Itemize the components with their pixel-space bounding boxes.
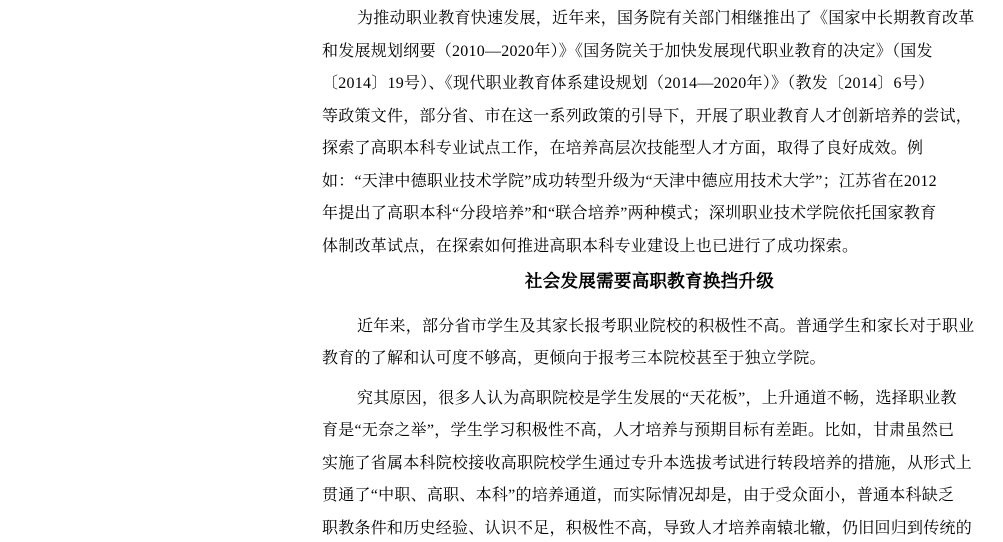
text-line: 教育的了解和认可度不够高，更倾向于报考三本院校甚至于独立学院。 [322,343,977,376]
text-line: 年提出了高职本科“分段培养”和“联合培养”两种模式；深圳职业技术学院依托国家教育 [322,198,977,231]
paragraph: 为推动职业教育快速发展，近年来，国务院有关部门相继推出了《国家中长期教育改革和发… [322,3,977,263]
paragraph: 究其原因，很多人认为高职院校是学生发展的“天花板”，上升通道不畅，选择职业教育是… [322,383,977,542]
document-body: 为推动职业教育快速发展，近年来，国务院有关部门相继推出了《国家中长期教育改革和发… [322,3,977,542]
section-heading: 社会发展需要高职教育换挡升级 [322,265,977,298]
text-line: 育是“无奈之举”，学生学习积极性不高，人才培养与预期目标有差距。比如，甘肃虽然已 [322,415,977,448]
text-line: 究其原因，很多人认为高职院校是学生发展的“天花板”，上升通道不畅，选择职业教 [322,383,977,416]
text-line: 贯通了“中职、高职、本科”的培养通道，而实际情况却是，由于受众面小，普通本科缺乏 [322,480,977,513]
document-page: 为推动职业教育快速发展，近年来，国务院有关部门相继推出了《国家中长期教育改革和发… [0,0,1003,542]
text-line: 体制改革试点，在探索如何推进高职本科专业建设上也已进行了成功探索。 [322,231,977,264]
text-line: 职教条件和历史经验、认识不足，积极性不高，导致人才培养南辕北辙，仍旧回归到传统的 [322,513,977,542]
text-line: 如：“天津中德职业技术学院”成功转型升级为“天津中德应用技术大学”；江苏省在20… [322,166,977,199]
text-line: 实施了省属本科院校接收高职院校学生通过专升本选拔考试进行转段培养的措施，从形式上 [322,448,977,481]
text-line: 为推动职业教育快速发展，近年来，国务院有关部门相继推出了《国家中长期教育改革 [322,3,977,36]
text-line: 近年来，部分省市学生及其家长报考职业院校的积极性不高。普通学生和家长对于职业 [322,311,977,344]
text-line: 探索了高职本科专业试点工作，在培养高层次技能型人才方面，取得了良好成效。例 [322,133,977,166]
text-line: 等政策文件，部分省、市在这一系列政策的引导下，开展了职业教育人才创新培养的尝试， [322,101,977,134]
text-line: 〔2014〕19号）、《现代职业教育体系建设规划（2014—2020年）》（教发… [322,68,977,101]
text-line: 和发展规划纲要（2010—2020年）》《国务院关于加快发展现代职业教育的决定》… [322,36,977,69]
paragraph: 近年来，部分省市学生及其家长报考职业院校的积极性不高。普通学生和家长对于职业教育… [322,311,977,376]
